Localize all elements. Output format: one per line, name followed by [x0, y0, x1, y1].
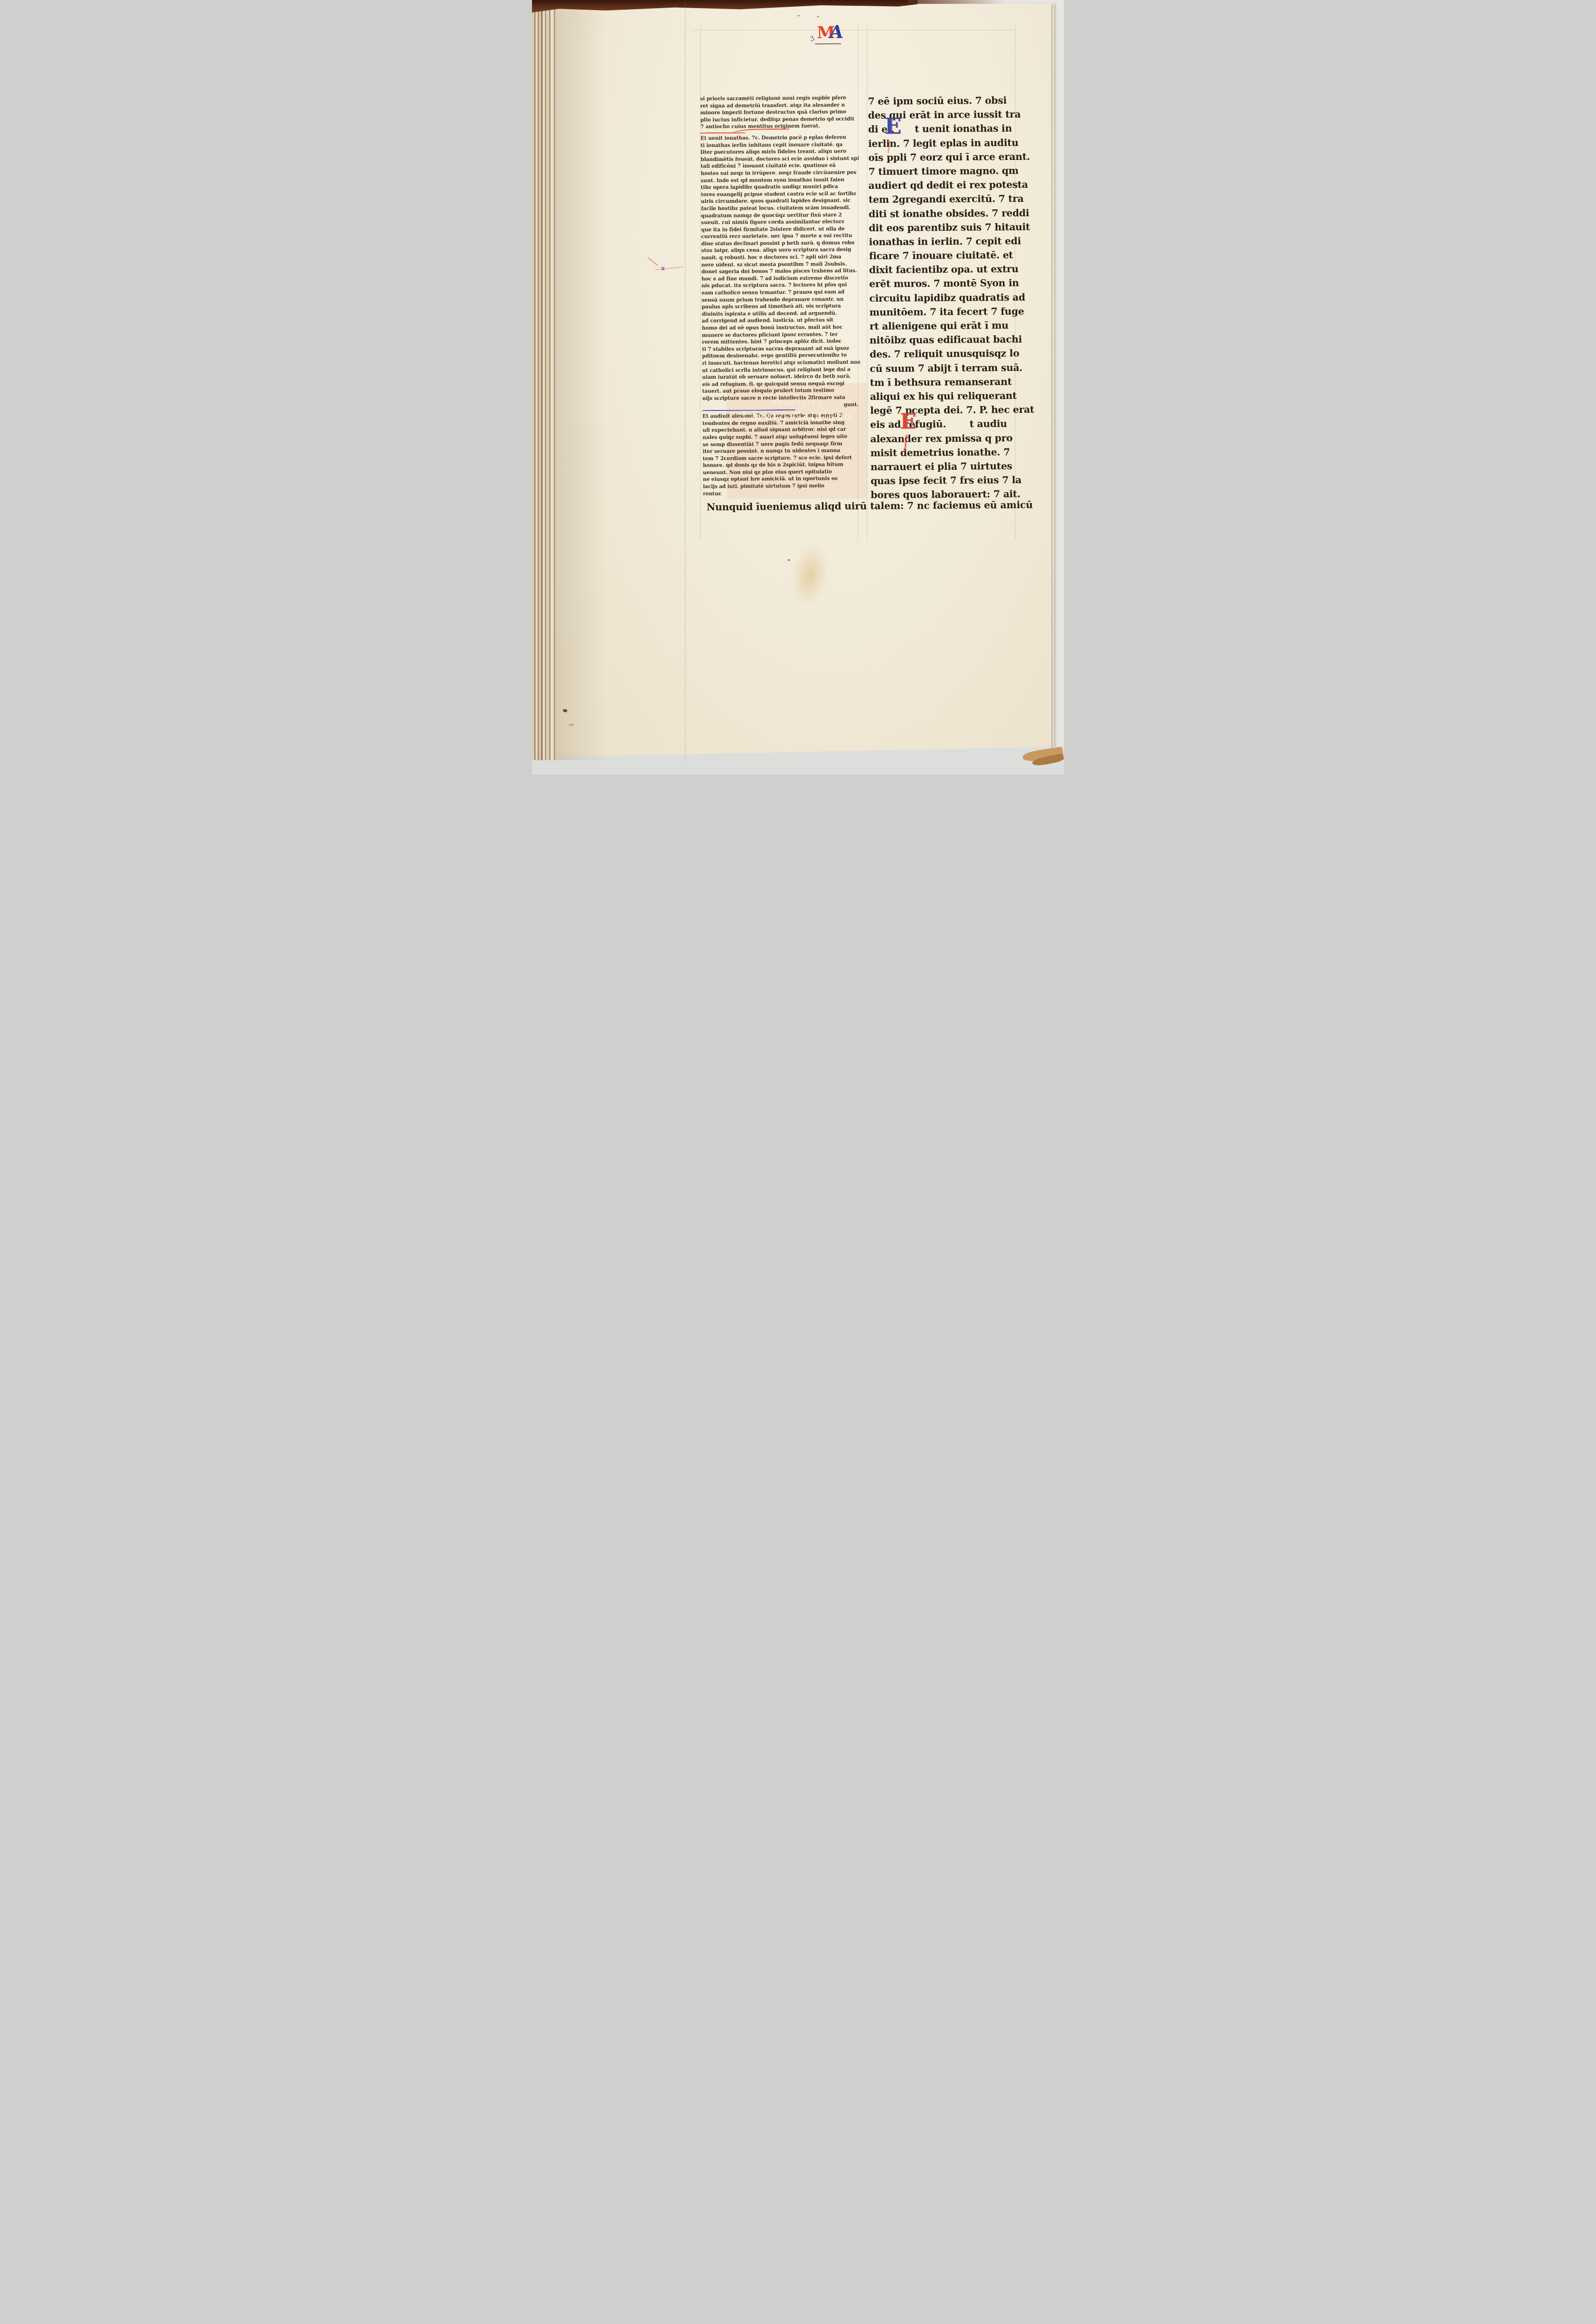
bible-line-initial-blue: di ei. E t uenit ionathas in: [868, 121, 1017, 136]
bible-text-line: audiert qd dedit ei rex potesta: [868, 178, 1018, 193]
gloss-paragraph-2: Et uenit ionathas. 7c. Demetrio pacē p e…: [701, 134, 861, 409]
curled-corner-pages: [1023, 748, 1064, 767]
bible-text-line: 7 eē ipm sociū eius. 7 obsi: [868, 93, 1017, 108]
bible-text-line: oīs ppli 7 eorz qui ī arce erant.: [868, 150, 1018, 165]
bible-text-line: tm ī bethsura remanserant: [870, 375, 1019, 390]
bible-text-line: 7 timuert timore magno. qm: [868, 164, 1018, 179]
bible-text-line: misit demetrius ionathe. 7: [870, 445, 1020, 460]
bible-text-column: 7 eē ipm sociū eius. 7 obsides qui erāt …: [868, 93, 1020, 502]
gloss-paragraph-2-lines: Et uenit ionathas. 7c. Demetrio pacē p e…: [701, 134, 861, 402]
bible-text-line: quas ipse fecit 7 frs eius 7 la: [871, 473, 1020, 488]
watermark-line1: Fundación: [727, 399, 867, 408]
gloss-column: si prioris sacramēti religionē noui regi…: [700, 94, 861, 513]
bible-text-line: ionathas in ierlin. 7 cepit edi: [869, 234, 1018, 249]
running-title-baseline: [815, 43, 841, 44]
ruling-horizontal: [691, 30, 1017, 30]
bible-text-line: dit eos parentibz suis 7 hitauit: [869, 220, 1018, 235]
gloss-line: ne eiusqz optant hre amiciciā. ut in opo…: [703, 475, 861, 483]
bible-text-line: legē 7 pcepta dei. 7. P. hec erat: [870, 403, 1019, 418]
manuscript-photo: ʒ M A si prioris sacramēti religionē nou…: [532, 0, 1064, 775]
top-speck-2: [817, 16, 819, 17]
bible-line24-post: t audiu: [949, 418, 1007, 430]
bible-line3-post: t uenit ionathas in: [897, 122, 1012, 135]
gloss-paragraph-3: Et audiuit alexand. 7c. Qz reges syrie a…: [703, 412, 861, 497]
bible-lines-c: alexander rex pmissa q promisit demetriu…: [870, 431, 1020, 502]
bible-text-line: ficare 7 īnouare ciuitatē. et: [869, 248, 1018, 263]
binding-top-fade: [908, 0, 1004, 4]
illuminated-initial-E-red: E: [900, 415, 916, 429]
bible-text-line: alexander rex pmissa q pro: [870, 431, 1020, 446]
gloss-line: hostes sui neqz in irrūpere. neqz fraude…: [701, 169, 859, 177]
bible-text-line: nitōibz quas edificauat bachi: [869, 332, 1019, 347]
running-title-letter-a: A: [828, 21, 845, 42]
bible-lines-b: ierlin. 7 legit eplas in audituoīs ppli …: [868, 135, 1020, 418]
bible-text-line: dixit facientibz opa. ut extru: [869, 262, 1018, 277]
bible-text-line: munitōem. 7 ita fecert 7 fuge: [869, 304, 1019, 319]
ink-speck: [788, 559, 790, 561]
bible-text-line: rt alienigene qui erāt ī mu: [869, 318, 1019, 333]
bible-text-line: erēt muros. 7 montē Syon in: [869, 276, 1019, 291]
bible-text-line: narrauert ei plia 7 uirtutes: [870, 459, 1020, 474]
running-title-mark: ʒ: [810, 34, 815, 42]
gloss-line: plio iuctus inficietur. deditqz penas de…: [700, 116, 858, 124]
gloss-paragraph-1: si prioris sacramēti religionē noui regi…: [700, 94, 859, 131]
blue-x-mark: x: [661, 265, 665, 272]
gloss-line: diuinits īspirata e utilis ad docend. ad…: [702, 310, 860, 318]
gloss-line: honore. qd donis qz de his n 2spiciūt. i…: [703, 461, 861, 469]
running-title: ʒ M A: [809, 21, 852, 51]
bible-text-line: des. 7 reliquit unusquisqz lo: [870, 346, 1019, 361]
bible-text-line: diti st ionathe obsides. 7 reddi: [869, 206, 1018, 221]
bible-text-line: aliqui ex his qui reliquerant: [870, 389, 1019, 404]
gloss-line: nales quiqz supbi. 7 auari atqz uoluptuo…: [703, 433, 861, 441]
ruling-gutter-line: [685, 0, 686, 760]
watermark-line2: Lázaro Galdiano: [717, 409, 877, 423]
bible-text-line: tem 2gregandi exercitū. 7 tra: [868, 192, 1018, 207]
gloss-line: rentur.: [703, 489, 861, 497]
red-paragraph-initial: [700, 132, 745, 155]
gloss-line: facile hostibz pateat locus. ciuitatem s…: [701, 204, 859, 212]
top-speck-1: [798, 15, 799, 16]
bible-line-initial-red: eis ad refugiū. E t audiu: [870, 417, 1020, 432]
marginal-mark: x: [647, 260, 676, 276]
page-right-edge: [1051, 5, 1052, 749]
page-stack-edges: [532, 0, 555, 760]
tan-speck: [569, 724, 574, 726]
gloss-line: eis ad refugium. fi. qz quicquid sensu n…: [702, 380, 860, 388]
bottom-spanning-line: Nunquid īueniemus aliqd uirū talem: 7 nc…: [706, 499, 1033, 513]
bible-text-line: cū suum 7 abijt ī terram suā.: [870, 360, 1019, 375]
gloss-line: ri insecuti. hactenus heretici atqz scis…: [702, 359, 860, 367]
bible-text-line: circuitu lapidibz quadratis ad: [869, 290, 1019, 305]
gutter-shadow: [553, 0, 606, 760]
illuminated-initial-E-blue: E: [884, 119, 901, 133]
